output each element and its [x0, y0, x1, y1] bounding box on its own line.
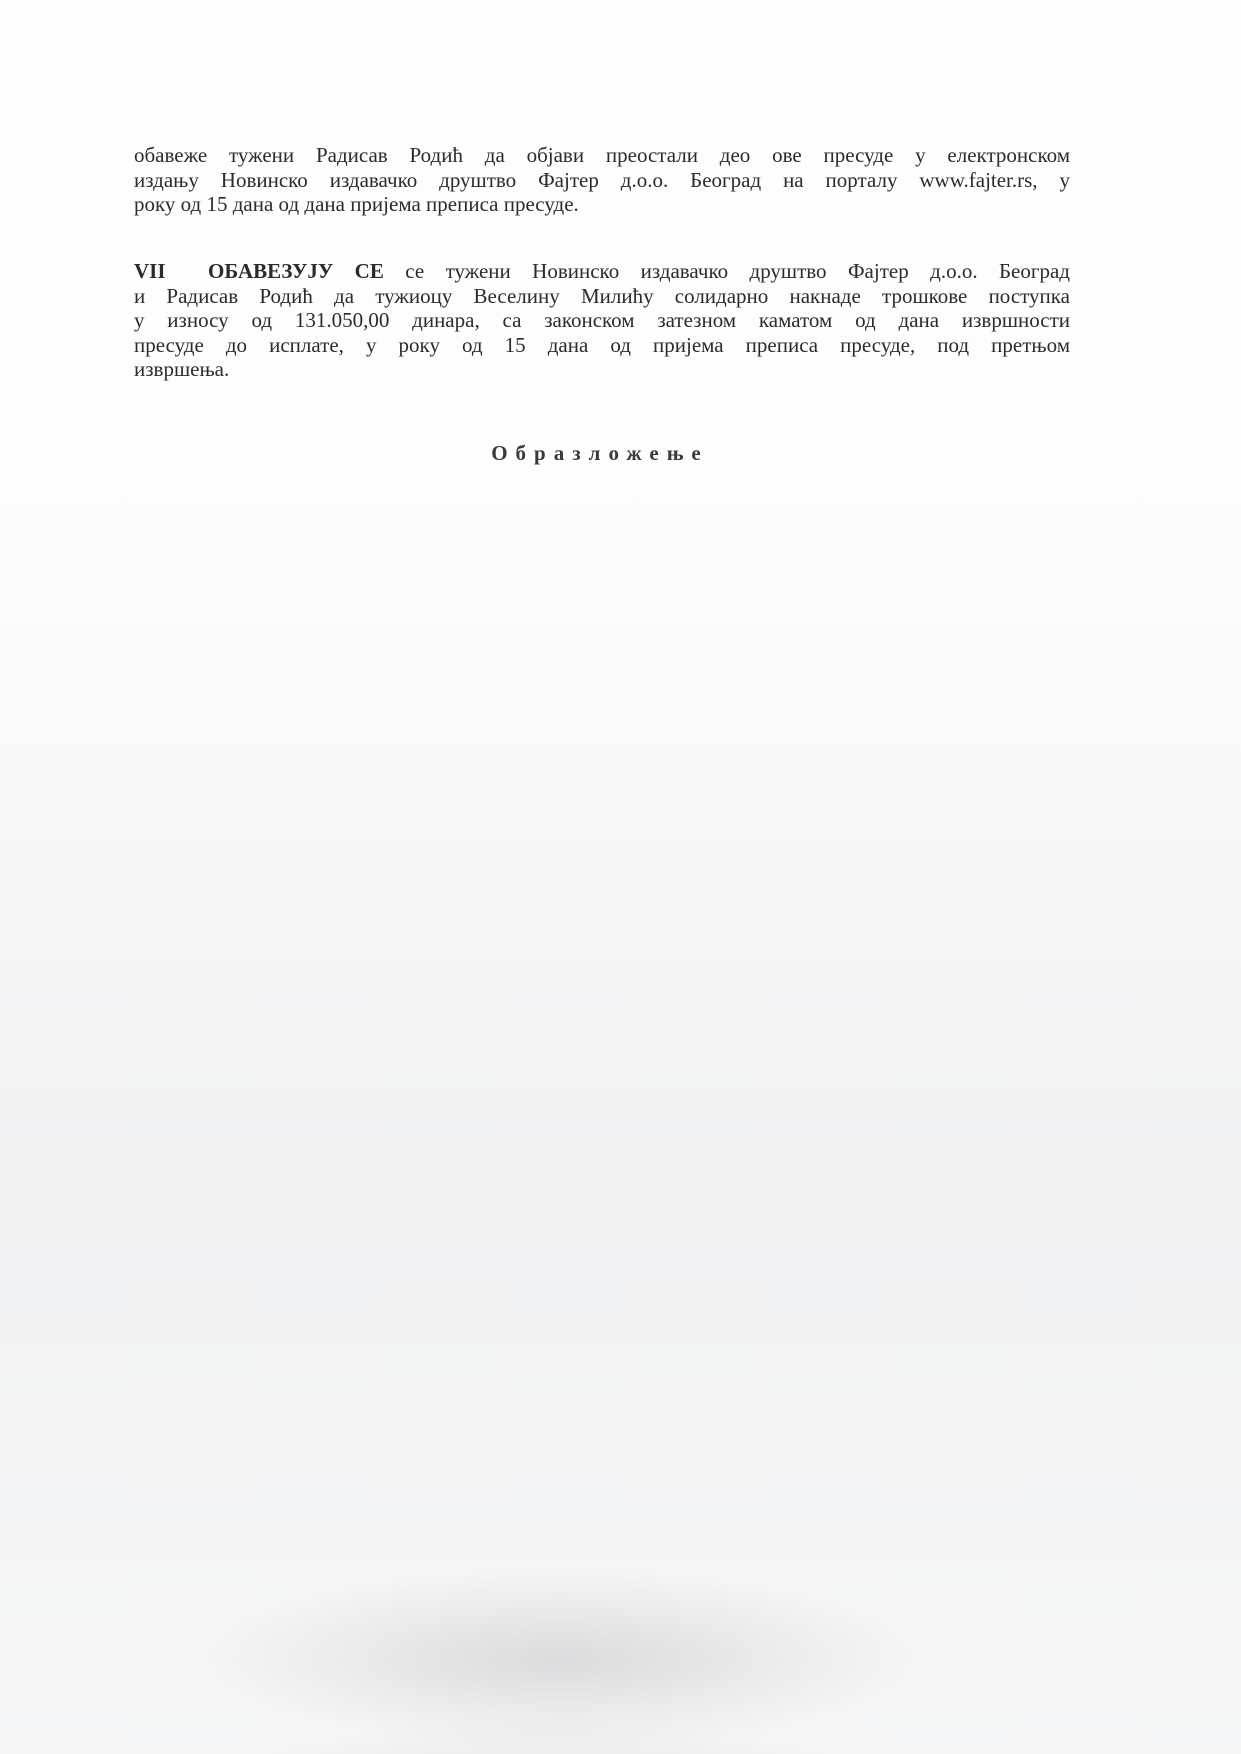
- section-heading: Образложење: [0, 441, 1200, 466]
- item-first-line-rest: се тужени Новинско издавачко друштво Фај…: [384, 259, 1070, 283]
- text-line: издању Новинско издавачко друштво Фајтер…: [134, 168, 1070, 193]
- paragraph-continued: обавеже тужени Радисав Родић да објави п…: [134, 143, 1070, 217]
- text-line: пресуде до исплате, у року од 15 дана од…: [134, 333, 1070, 358]
- item-vii-paragraph: VIIОБАВЕЗУЈУ СЕ се тужени Новинско издав…: [134, 259, 1070, 382]
- text-line: обавеже тужени Радисав Родић да објави п…: [134, 143, 1070, 168]
- text-line: и Радисав Родић да тужиоцу Веселину Мили…: [134, 284, 1070, 309]
- item-number: VII: [134, 259, 208, 284]
- text-line: року од 15 дана од дана пријема преписа …: [134, 192, 1070, 217]
- item-bold-lead: ОБАВЕЗУЈУ СЕ: [208, 259, 384, 283]
- text-line: у износу од 131.050,00 динара, са законс…: [134, 308, 1070, 333]
- scan-blur-region: [0, 480, 1241, 1754]
- text-line: извршења.: [134, 357, 1070, 382]
- text-line-first: VIIОБАВЕЗУЈУ СЕ се тужени Новинско издав…: [134, 259, 1070, 284]
